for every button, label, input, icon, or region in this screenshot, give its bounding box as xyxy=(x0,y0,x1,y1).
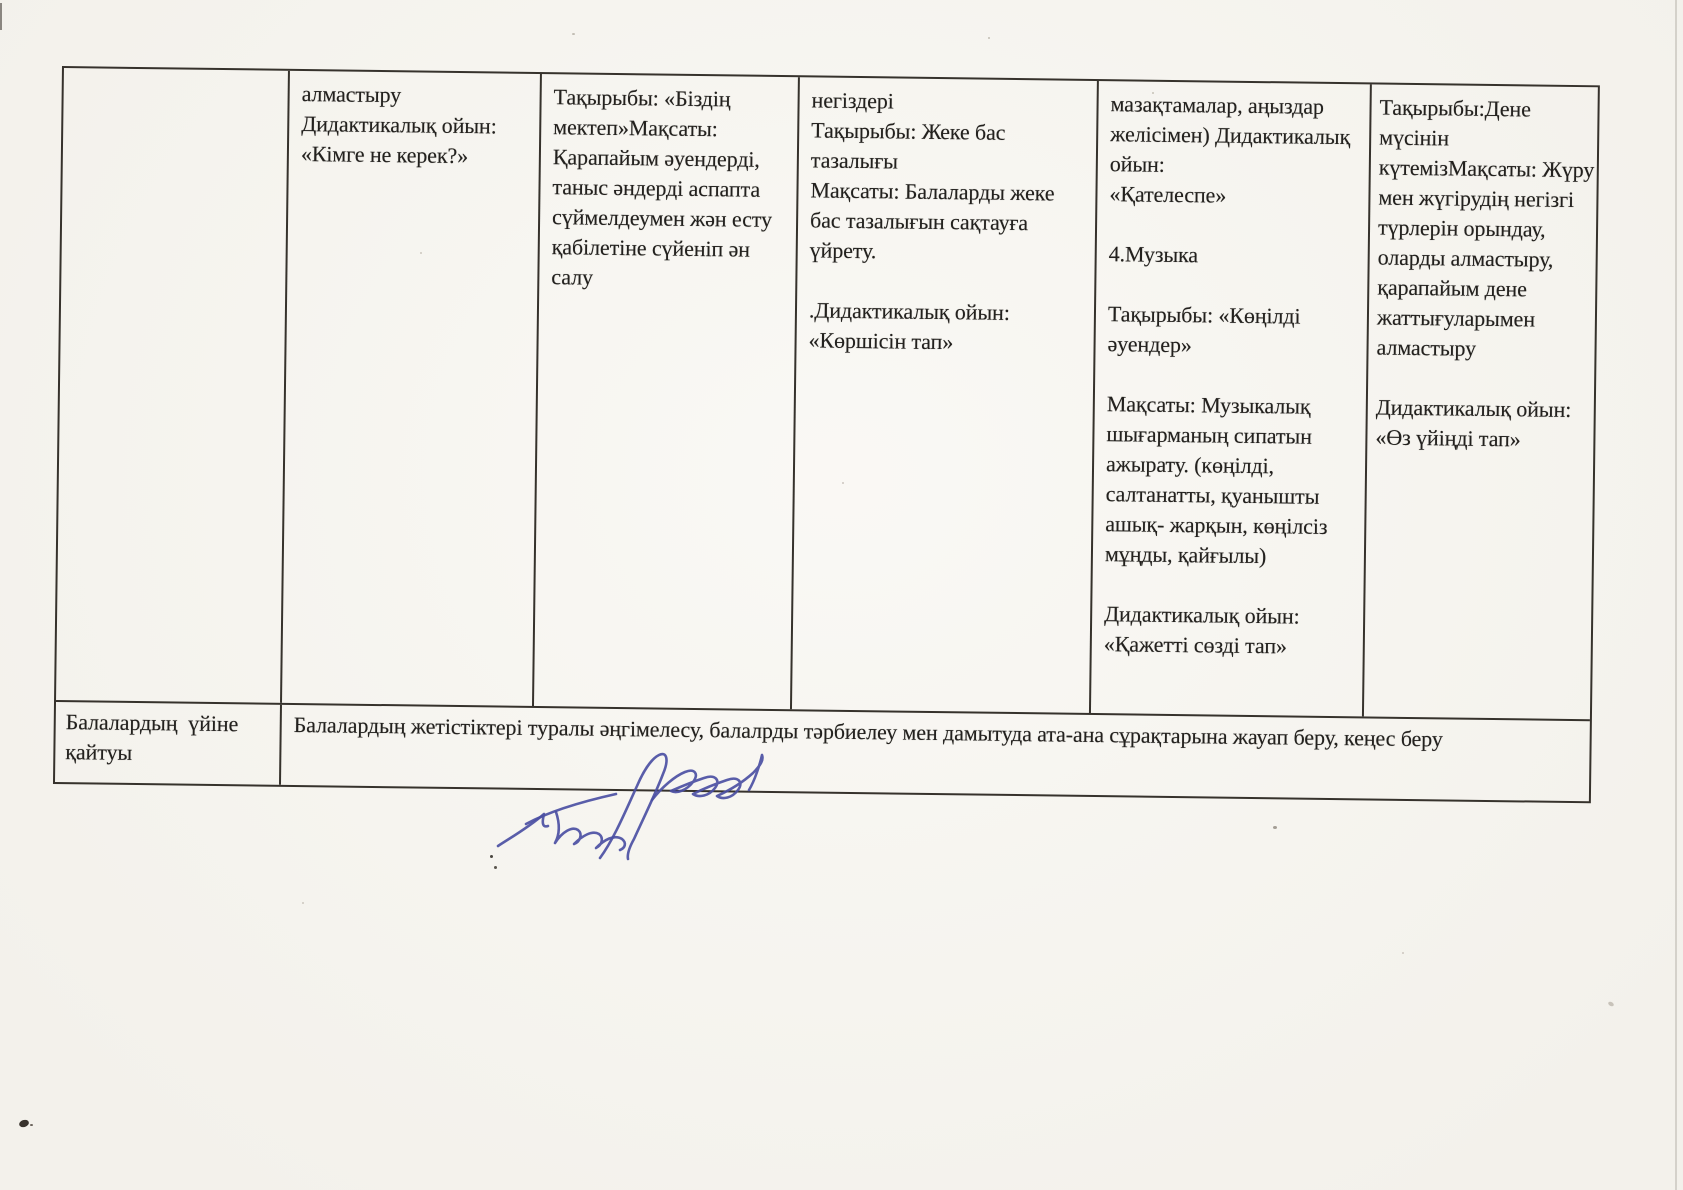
scan-speck xyxy=(1273,826,1277,829)
scan-speck xyxy=(842,482,844,484)
table-cell-personal-hygiene: негіздері Тақырыбы: Жеке бас тазалығы Ма… xyxy=(792,77,1099,713)
scan-speck xyxy=(302,902,304,904)
scan-speck xyxy=(420,252,422,254)
paper-edge-line xyxy=(1675,0,1677,1190)
handwritten-signature xyxy=(492,738,782,870)
cell-text: Тақырыбы: «Біздің мектеп»Мақсаты: Қарапа… xyxy=(539,74,798,295)
activities-row: алмастыру Дидактикалық ойын: «Кімге не к… xyxy=(56,68,1598,721)
footer-label-cell: Балалардың үйіне қайтуы xyxy=(55,702,282,785)
cell-text: негіздері Тақырыбы: Жеке бас тазалығы Ма… xyxy=(796,77,1096,359)
signature-stroke-tall-loop xyxy=(600,754,666,859)
footer-label: Балалардың үйіне қайтуы xyxy=(55,702,280,770)
scan-speck xyxy=(494,866,497,869)
table-cell-activity-label-empty xyxy=(56,68,290,703)
cell-text: алмастыру Дидактикалық ойын: «Кімге не к… xyxy=(289,71,540,172)
scan-edge-sliver xyxy=(0,3,2,30)
table-cell-music-lesson: Тақырыбы: «Біздің мектеп»Мақсаты: Қарапа… xyxy=(534,74,800,709)
ink-blot-speck xyxy=(18,1119,30,1129)
cell-text: Тақырыбы:Дене мүсінін күтемізМақсаты: Жү… xyxy=(1367,84,1598,455)
table-cell-didactic-game-1: алмастыру Дидактикалық ойын: «Кімге не к… xyxy=(282,71,542,706)
cell-text: мазақтамалар, аңыздар желісімен) Дидакти… xyxy=(1092,81,1370,662)
scan-speck xyxy=(988,37,990,39)
ink-blot-speck xyxy=(30,1124,33,1126)
footer-text-cell: Балалардың жетістіктері туралы әңгімелес… xyxy=(281,705,1590,801)
scanned-page: алмастыру Дидактикалық ойын: «Кімге не к… xyxy=(0,0,1683,1190)
table-cell-music-character: мазақтамалар, аңыздар желісімен) Дидакти… xyxy=(1091,81,1372,716)
signature-stroke-flourish xyxy=(652,755,763,800)
scan-speck xyxy=(572,33,575,35)
signature-stroke-lead xyxy=(498,814,548,846)
signature-stroke-crossbar xyxy=(526,794,616,824)
scan-speck xyxy=(1152,92,1154,94)
scan-speck xyxy=(1402,952,1404,954)
scan-speck xyxy=(490,855,493,858)
cell-text xyxy=(64,68,288,79)
scan-speck xyxy=(1607,1001,1614,1007)
lesson-plan-table: алмастыру Дидактикалық ойын: «Кімге не к… xyxy=(53,66,1600,803)
table-cell-physical-training: Тақырыбы:Дене мүсінін күтемізМақсаты: Жү… xyxy=(1364,84,1598,719)
